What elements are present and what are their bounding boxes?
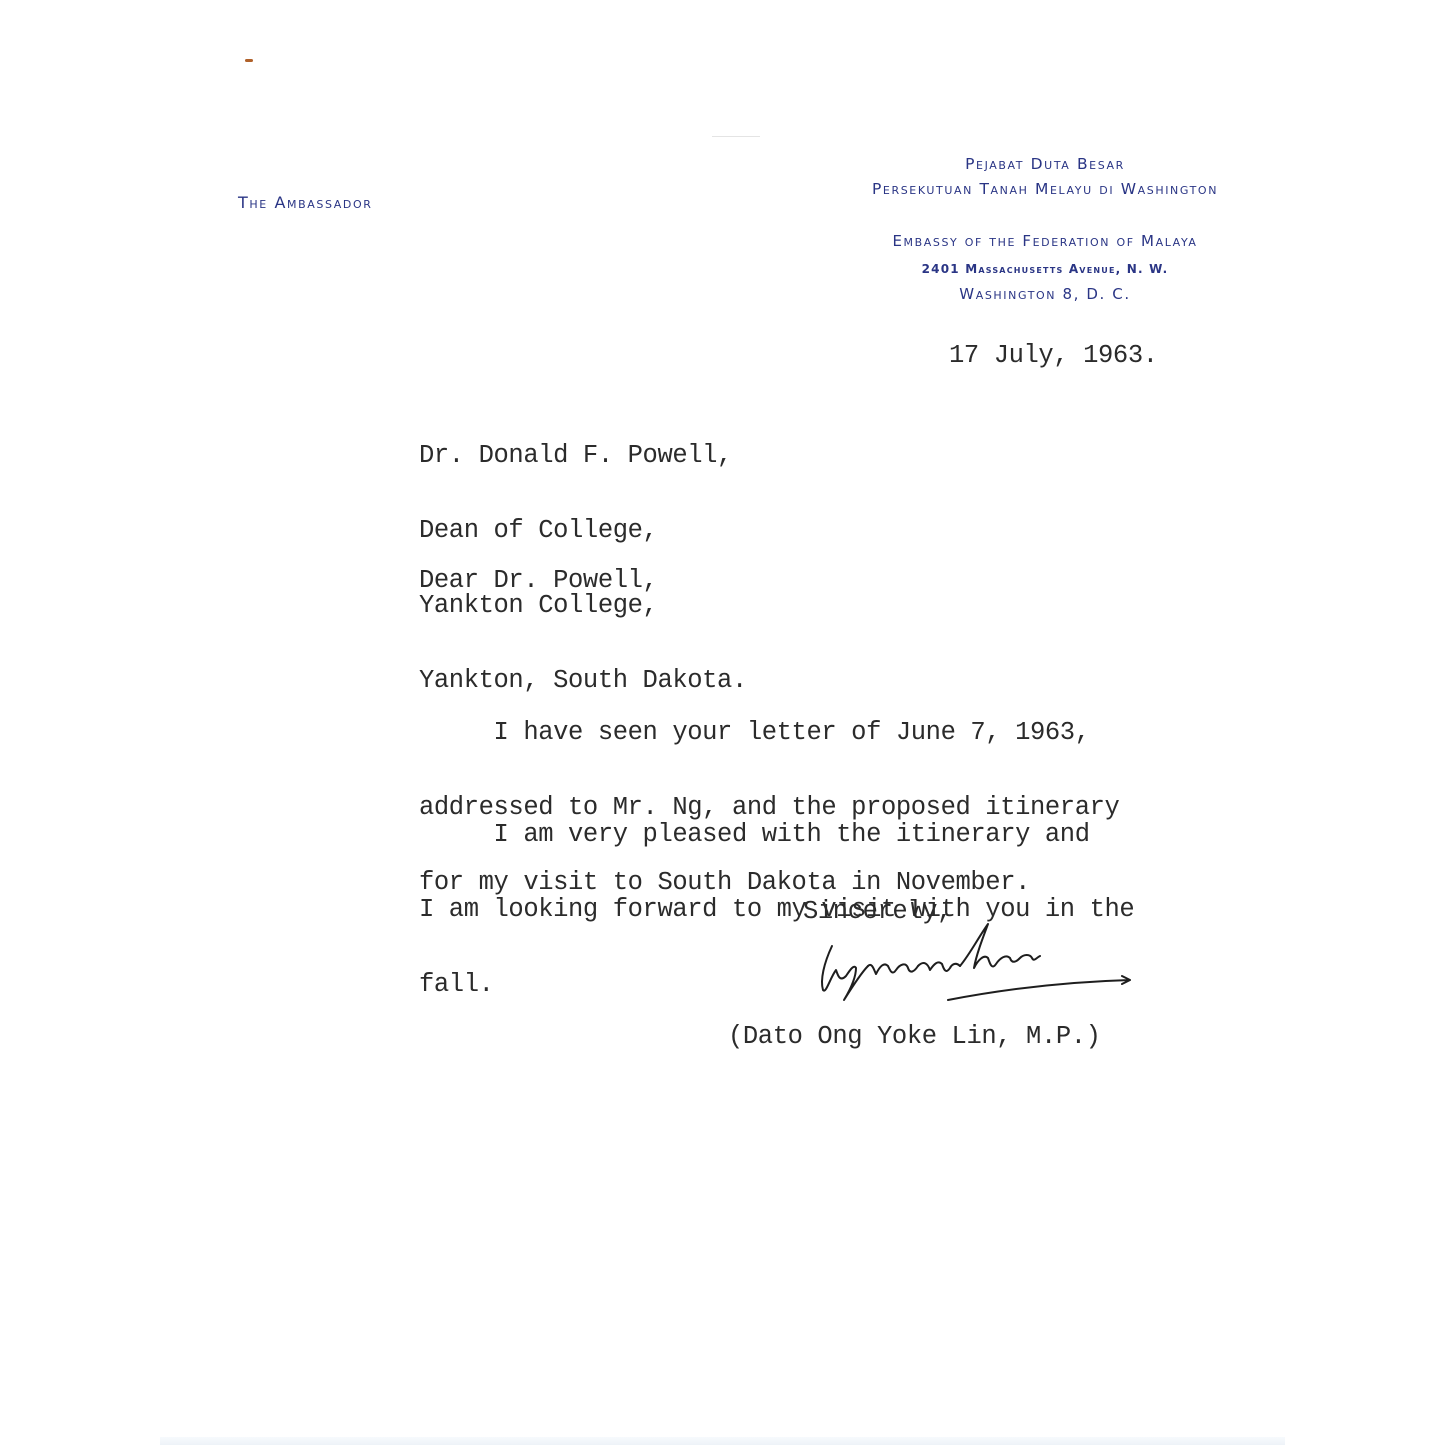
letter-date: 17 July, 1963. [949,343,1158,368]
address-line: Dr. Donald F. Powell, [419,443,747,468]
letterhead-city: Washington 8, D. C. [835,285,1255,303]
paragraph-line: I am very pleased with the itinerary and [419,822,1134,847]
faint-paper-mark [712,136,760,137]
signer-name: (Dato Ong Yoke Lin, M.P.) [728,1024,1101,1049]
address-line: Dean of College, [419,518,747,543]
letterhead-malay-line-1: Pejabat Duta Besar [835,155,1255,173]
letter-page: The Ambassador Pejabat Duta Besar Persek… [0,0,1445,1445]
scan-bottom-edge [160,1437,1285,1445]
handwritten-signature-icon [810,918,1140,1008]
letterhead-malay-line-2: Persekutuan Tanah Melayu di Washington [835,180,1255,198]
letterhead-street-address: 2401 Massachusetts Avenue, N. W. [835,262,1255,276]
letterhead-title: The Ambassador [238,193,372,212]
letterhead-embassy-name: Embassy of the Federation of Malaya [835,232,1255,250]
address-line: Yankton College, [419,593,747,618]
paper-speck [245,59,253,62]
salutation: Dear Dr. Powell, [419,568,657,593]
paragraph-line: I have seen your letter of June 7, 1963, [419,720,1119,745]
